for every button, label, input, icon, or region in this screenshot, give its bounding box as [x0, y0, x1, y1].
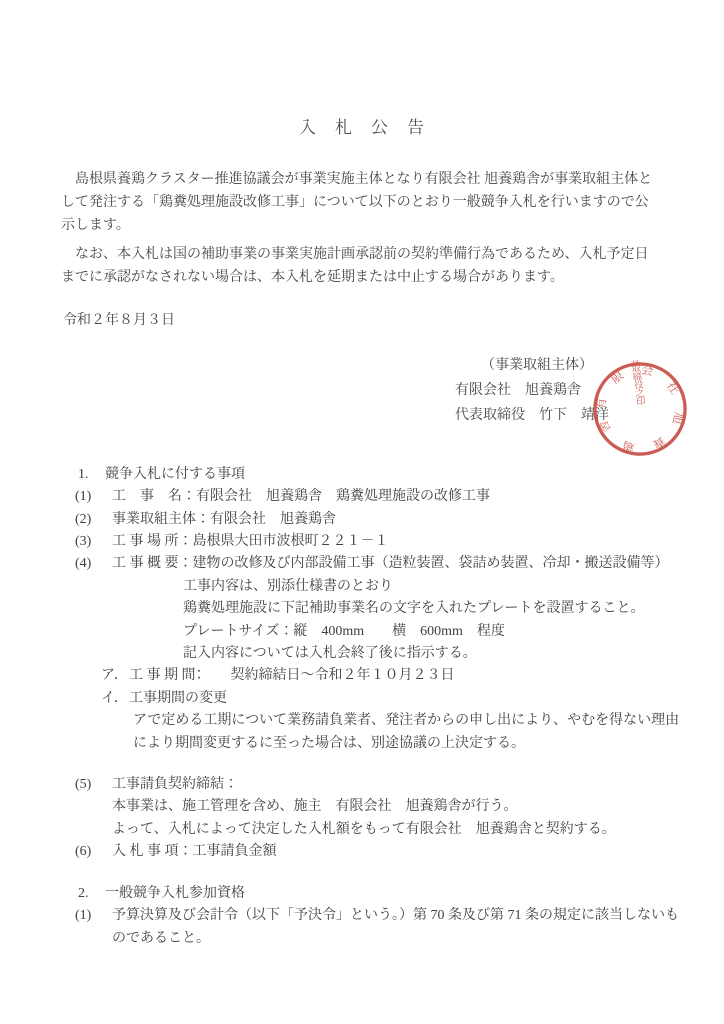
list-item-1-6: (6) 入 札 事 項：工事請負金額 — [75, 841, 724, 863]
item-number: (6) — [75, 841, 112, 863]
issuer-company-name: 有限会社 旭養鶏舎 — [455, 378, 724, 403]
intro-line: なお、本入札は国の補助事業の事業実施計画承認前の契約準備行為であるため、入札予定… — [61, 244, 663, 267]
list-item-1-4: (4) 工 事 概 要：建物の改修及び内部設備工事（造粒装置、袋詰め装置、冷却・… — [75, 553, 724, 575]
section-heading-text: 一般競争入札参加資格 — [105, 883, 245, 905]
section-heading-text: 競争入札に付する事項 — [105, 464, 245, 486]
section-number: 2. — [78, 883, 105, 905]
list-item-1-3: (3) 工 事 場 所：島根県大田市波根町２２１－１ — [75, 531, 724, 553]
item-1-5-detail-line: よって、入札によって決定した入札額をもって有限会社 旭養鶏舎と契約する。 — [112, 819, 724, 841]
list-item-2-1: (1) 予算決算及び会計令（以下「予決令」という。）第 70 条及び第 71 条… — [75, 905, 724, 927]
item-text: 工 事 場 所：島根県大田市波根町２２１－１ — [112, 531, 389, 553]
sub-item-marker: イ． — [101, 688, 129, 710]
sub-item-i-detail-line: アで定める工期について業務請負業者、発注者からの申し出により、やむを得ない理由 — [133, 710, 724, 732]
issuer-role-label: （事業取組主体） — [455, 353, 724, 378]
item-number: (2) — [75, 509, 112, 531]
intro-line: 示します。 — [61, 215, 663, 238]
item-text: 工事請負契約締結： — [112, 774, 238, 796]
item-number: (3) — [75, 531, 112, 553]
item-text: 予算決算及び会計令（以下「予決令」という。）第 70 条及び第 71 条の規定に… — [112, 905, 679, 927]
section-1-heading: 1. 競争入札に付する事項 — [78, 464, 724, 486]
intro-line: までに承認がなされない場合は、本入札を延期または中止する場合があります。 — [61, 267, 663, 290]
issuer-block: （事業取組主体） 有限会社 旭養鶏舎 代表取締役 竹下 靖洋 — [455, 353, 724, 428]
item-text: 入 札 事 項：工事請負金額 — [112, 841, 277, 863]
item-number: (1) — [75, 905, 112, 927]
document-title: 入 札 公 告 — [0, 0, 724, 139]
sub-item-text: 工事期間の変更 — [129, 688, 227, 710]
document-body-listing: 1. 競争入札に付する事項 (1) 工 事 名：有限会社 旭養鶏舎 鶏糞処理施設… — [0, 464, 724, 950]
item-text: 工 事 概 要：建物の改修及び内部設備工事（造粒装置、袋詰め装置、冷却・搬送設備… — [112, 553, 669, 575]
section-2-heading: 2. 一般競争入札参加資格 — [78, 883, 724, 905]
sub-item-i-detail-line: により期間変更するに至った場合は、別途協議の上決定する。 — [133, 733, 724, 755]
intro-line: して発注する「鶏糞処理施設改修工事」について以下のとおり一般競争入札を行いますの… — [61, 192, 663, 215]
issue-date: 令和２年８月３日 — [63, 310, 724, 333]
intro-paragraph-1: 島根県養鶏クラスター推進協議会が事業実施主体となり有限会社 旭養鶏舎が事業取組主… — [61, 169, 663, 237]
item-text: 工 事 名：有限会社 旭養鶏舎 鶏糞処理施設の改修工事 — [112, 486, 490, 508]
issuer-representative-name: 代表取締役 竹下 靖洋 — [455, 403, 724, 428]
list-item-1-2: (2) 事業取組主体：有限会社 旭養鶏舎 — [75, 509, 724, 531]
sub-item-i: イ． 工事期間の変更 — [101, 688, 724, 710]
item-text: 事業取組主体：有限会社 旭養鶏舎 — [112, 509, 336, 531]
intro-line: 島根県養鶏クラスター推進協議会が事業実施主体となり有限会社 旭養鶏舎が事業取組主… — [61, 169, 663, 192]
item-1-4-detail-line: 鶏糞処理施設に下記補助事業名の文字を入れたプレートを設置すること。 — [183, 598, 724, 620]
sub-item-a: ア． 工 事 期 間： 契約締結日～令和２年１０月２３日 — [101, 665, 724, 687]
item-1-4-detail-line: 記入内容については入札会終了後に指示する。 — [183, 643, 724, 665]
sub-item-text: 工 事 期 間： 契約締結日～令和２年１０月２３日 — [129, 665, 455, 687]
item-number: (1) — [75, 486, 112, 508]
item-1-4-detail-line: 工事内容は、別添仕様書のとおり — [183, 576, 724, 598]
list-item-1-1: (1) 工 事 名：有限会社 旭養鶏舎 鶏糞処理施設の改修工事 — [75, 486, 724, 508]
list-item-1-5: (5) 工事請負契約締結： — [75, 774, 724, 796]
item-1-5-detail-line: 本事業は、施工管理を含め、施主 有限会社 旭養鶏舎が行う。 — [112, 796, 724, 818]
item-2-1-continuation: のであること。 — [112, 928, 724, 950]
item-1-4-detail-line: プレートサイズ：縦 400mm 横 600mm 程度 — [183, 621, 724, 643]
section-number: 1. — [78, 464, 105, 486]
sub-item-marker: ア． — [101, 665, 129, 687]
item-number: (4) — [75, 553, 112, 575]
intro-paragraph-2: なお、本入札は国の補助事業の事業実施計画承認前の契約準備行為であるため、入札予定… — [61, 244, 663, 290]
item-number: (5) — [75, 774, 112, 796]
scanned-bid-announcement-page: 入 札 公 告 島根県養鶏クラスター推進協議会が事業実施主体となり有限会社 旭養… — [0, 0, 724, 1024]
